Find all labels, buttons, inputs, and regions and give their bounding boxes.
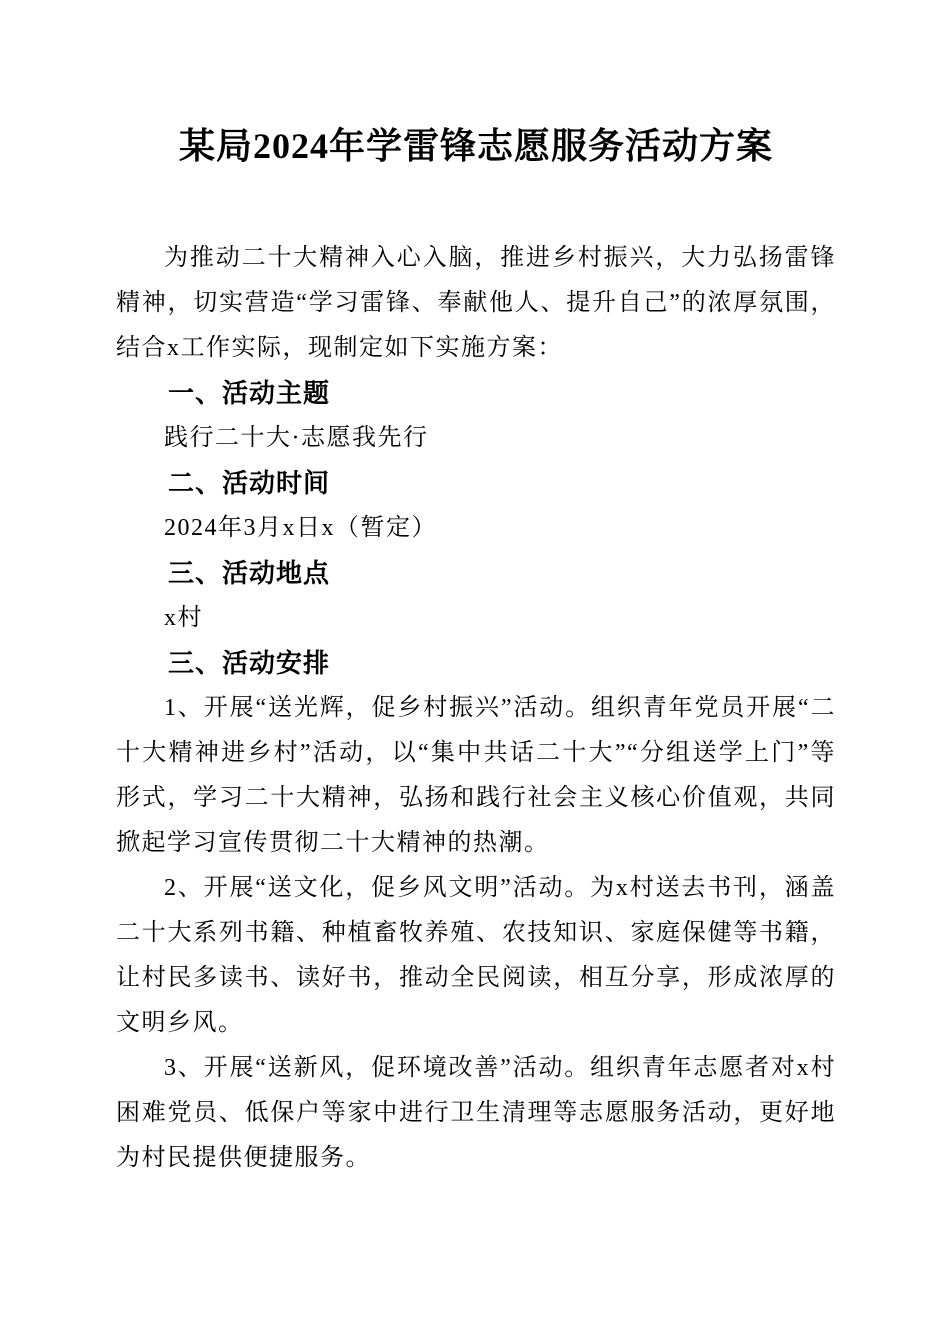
activity-paragraph-3: 3、开展“送新风，促环境改善”活动。组织青年志愿者对x村困难党员、低保户等家中进… xyxy=(116,1046,836,1181)
section-heading-arrangement: 三、活动安排 xyxy=(116,641,836,686)
section-body-location: x村 xyxy=(116,596,836,641)
document-title: 某局2024年学雷锋志愿服务活动方案 xyxy=(116,122,836,170)
document-page: 某局2024年学雷锋志愿服务活动方案 为推动二十大精神入心入脑，推进乡村振兴，大… xyxy=(0,0,950,1344)
activity-paragraph-2: 2、开展“送文化，促乡风文明”活动。为x村送去书刊，涵盖二十大系列书籍、种植畜牧… xyxy=(116,866,836,1046)
section-body-time: 2024年3月x日x（暂定） xyxy=(116,506,836,551)
section-body-theme: 践行二十大·志愿我先行 xyxy=(116,416,836,461)
section-heading-theme: 一、活动主题 xyxy=(116,371,836,416)
section-heading-location: 三、活动地点 xyxy=(116,551,836,596)
activity-paragraph-1: 1、开展“送光辉，促乡村振兴”活动。组织青年党员开展“二十大精神进乡村”活动，以… xyxy=(116,686,836,866)
section-heading-time: 二、活动时间 xyxy=(116,461,836,506)
intro-paragraph: 为推动二十大精神入心入脑，推进乡村振兴，大力弘扬雷锋精神，切实营造“学习雷锋、奉… xyxy=(116,236,836,371)
